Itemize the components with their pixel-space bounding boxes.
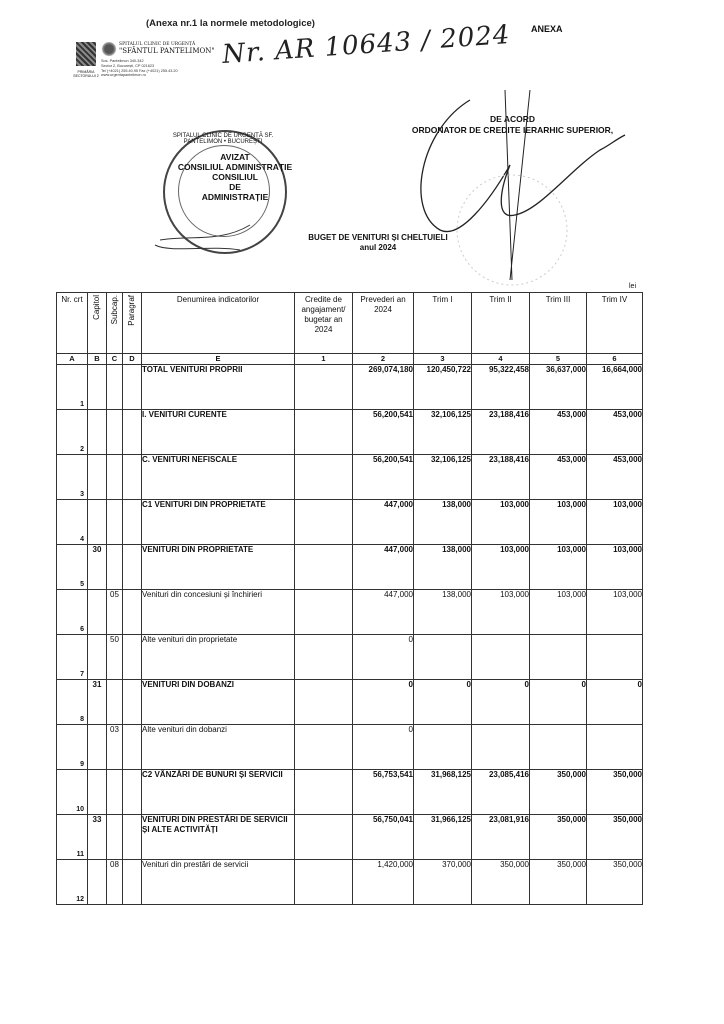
capitol-code xyxy=(88,635,107,680)
capitol-code xyxy=(88,770,107,815)
indicator-name: C2 VÂNZĂRI DE BUNURI ȘI SERVICII xyxy=(142,770,295,815)
paragraf-code xyxy=(123,365,142,410)
hospital-name-line2: "SFÂNTUL PANTELIMON" xyxy=(119,48,215,54)
budget-title-block: BUGET DE VENITURI ȘI CHELTUIELI anul 202… xyxy=(303,233,453,253)
indicator-name: C. VENITURI NEFISCALE xyxy=(142,455,295,500)
row-number: 8 xyxy=(57,680,88,725)
capitol-code: 30 xyxy=(88,545,107,590)
col-trim2: Trim II xyxy=(472,293,530,354)
subcap-code: 05 xyxy=(107,590,123,635)
row-number-label: 9 xyxy=(80,761,84,768)
prevederi-value: 447,000 xyxy=(353,545,414,590)
row-number: 3 xyxy=(57,455,88,500)
paragraf-code xyxy=(123,635,142,680)
trim1-value: 0 xyxy=(414,680,472,725)
trim4-value xyxy=(587,635,643,680)
prevederi-value: 447,000 xyxy=(353,500,414,545)
col-trim1: Trim I xyxy=(414,293,472,354)
credite-value xyxy=(295,635,353,680)
credite-value xyxy=(295,410,353,455)
table-row: 750Alte venituri din proprietate0 xyxy=(57,635,643,680)
paragraf-code xyxy=(123,500,142,545)
credite-value xyxy=(295,365,353,410)
row-number-label: 11 xyxy=(77,851,84,858)
trim1-value: 138,000 xyxy=(414,500,472,545)
stamp-line: AVIZAT xyxy=(160,152,310,162)
row-number: 10 xyxy=(57,770,88,815)
capitol-code: 33 xyxy=(88,815,107,860)
row-number-label: 12 xyxy=(76,896,84,903)
currency-unit: lei xyxy=(629,283,636,290)
trim2-value: 23,081,916 xyxy=(472,815,530,860)
row-number-label: 8 xyxy=(80,716,84,723)
hospital-address: Sos. Pantelimon 340-342 Sector 2, Bucure… xyxy=(101,59,178,78)
trim2-value: 103,000 xyxy=(472,545,530,590)
stamp-ring-text: SPITALUL CLINIC DE URGENȚĂ SF. PANTELIMO… xyxy=(166,133,280,145)
column-index: 5 xyxy=(530,354,587,365)
prevederi-value: 56,753,541 xyxy=(353,770,414,815)
row-number: 12 xyxy=(57,860,88,905)
prevederi-value: 1,420,000 xyxy=(353,860,414,905)
row-number: 1 xyxy=(57,365,88,410)
column-index: 1 xyxy=(295,354,353,365)
trim3-value: 453,000 xyxy=(530,410,587,455)
budget-title: BUGET DE VENITURI ȘI CHELTUIELI xyxy=(303,233,453,243)
credite-value xyxy=(295,500,353,545)
trim1-value: 138,000 xyxy=(414,590,472,635)
trim2-value: 103,000 xyxy=(472,590,530,635)
trim2-value: 350,000 xyxy=(472,860,530,905)
address-line: www.urgentapantelimon.ro xyxy=(101,73,178,78)
col-paragraf: Paragraf xyxy=(123,293,142,354)
paragraf-code xyxy=(123,590,142,635)
row-number-label: 6 xyxy=(80,626,84,633)
trim3-value: 36,637,000 xyxy=(530,365,587,410)
trim3-value: 350,000 xyxy=(530,860,587,905)
col-nr: Nr. crt xyxy=(57,293,88,354)
paragraf-code xyxy=(123,860,142,905)
trim3-value: 103,000 xyxy=(530,500,587,545)
stamp-text: AVIZAT CONSILIUL ADMINISTRAȚIE CONSILIUL… xyxy=(160,152,310,202)
col-denumire: Denumirea indicatorilor xyxy=(142,293,295,354)
trim2-value: 95,322,458 xyxy=(472,365,530,410)
indicator-name: VENITURI DIN DOBANZI xyxy=(142,680,295,725)
trim4-value: 350,000 xyxy=(587,770,643,815)
prevederi-value: 56,200,541 xyxy=(353,410,414,455)
paragraf-code xyxy=(123,680,142,725)
column-index: 3 xyxy=(414,354,472,365)
subcap-code xyxy=(107,770,123,815)
col-trim3: Trim III xyxy=(530,293,587,354)
trim4-value: 16,664,000 xyxy=(587,365,643,410)
trim4-value: 0 xyxy=(587,680,643,725)
trim1-value: 120,450,722 xyxy=(414,365,472,410)
table-row: 1TOTAL VENITURI PROPRII269,074,180120,45… xyxy=(57,365,643,410)
subcap-code: 08 xyxy=(107,860,123,905)
column-index: B xyxy=(88,354,107,365)
stamp-line: DE xyxy=(160,182,310,192)
budget-year: anul 2024 xyxy=(303,243,453,253)
capitol-code xyxy=(88,860,107,905)
table-row: 530VENITURI DIN PROPRIETATE447,000138,00… xyxy=(57,545,643,590)
trim3-value: 350,000 xyxy=(530,815,587,860)
col-trim4: Trim IV xyxy=(587,293,643,354)
paragraf-code xyxy=(123,410,142,455)
credite-value xyxy=(295,590,353,635)
stamp-line: CONSILIUL xyxy=(160,172,310,182)
trim1-value: 370,000 xyxy=(414,860,472,905)
subcap-code xyxy=(107,500,123,545)
subcap-code xyxy=(107,410,123,455)
budget-table: Nr. crt Capitol Subcap. Paragraf Denumir… xyxy=(56,292,643,905)
indicator-name: TOTAL VENITURI PROPRII xyxy=(142,365,295,410)
capitol-code: 31 xyxy=(88,680,107,725)
paragraf-code xyxy=(123,815,142,860)
col-capitol: Capitol xyxy=(88,293,107,354)
paragraf-code xyxy=(123,725,142,770)
indicator-name: Alte venituri din dobanzi xyxy=(142,725,295,770)
prevederi-value: 269,074,180 xyxy=(353,365,414,410)
indicator-name: VENITURI DIN PRESTĂRI DE SERVICII ȘI ALT… xyxy=(142,815,295,860)
row-number: 9 xyxy=(57,725,88,770)
annex-label: ANEXA xyxy=(531,24,563,34)
row-number: 6 xyxy=(57,590,88,635)
row-number-label: 10 xyxy=(76,806,84,813)
col-subcap: Subcap. xyxy=(107,293,123,354)
column-index: 2 xyxy=(353,354,414,365)
trim4-value: 103,000 xyxy=(587,545,643,590)
coat-of-arms-icon xyxy=(76,42,96,66)
column-index: A xyxy=(57,354,88,365)
row-number-label: 3 xyxy=(80,491,84,498)
trim2-value xyxy=(472,725,530,770)
row-number-label: 4 xyxy=(80,536,84,543)
stamp-line: CONSILIUL ADMINISTRAȚIE xyxy=(160,162,310,172)
col-prevederi: Prevederi an 2024 xyxy=(353,293,414,354)
subcap-code xyxy=(107,455,123,500)
paragraf-code xyxy=(123,545,142,590)
trim2-value: 103,000 xyxy=(472,500,530,545)
indicator-name: Venituri din concesiuni și închirieri xyxy=(142,590,295,635)
column-index: C xyxy=(107,354,123,365)
trim1-value xyxy=(414,635,472,680)
table-row: 2I. VENITURI CURENTE56,200,54132,106,125… xyxy=(57,410,643,455)
credite-value xyxy=(295,545,353,590)
trim3-value: 453,000 xyxy=(530,455,587,500)
row-number: 2 xyxy=(57,410,88,455)
row-number: 11 xyxy=(57,815,88,860)
subcap-code xyxy=(107,680,123,725)
column-index: 6 xyxy=(587,354,643,365)
subcap-code xyxy=(107,365,123,410)
stamp-signature-icon xyxy=(150,215,260,255)
crest-caption: PRIMĂRIA SECTORULUI 2 xyxy=(72,70,100,78)
trim1-value: 32,106,125 xyxy=(414,410,472,455)
trim2-value: 23,188,416 xyxy=(472,455,530,500)
hospital-logo-icon xyxy=(101,42,117,56)
table-row: 605Venituri din concesiuni și închirieri… xyxy=(57,590,643,635)
capitol-code xyxy=(88,365,107,410)
trim4-value xyxy=(587,725,643,770)
capitol-code xyxy=(88,455,107,500)
prevederi-value: 56,200,541 xyxy=(353,455,414,500)
indicator-name: Alte venituri din proprietate xyxy=(142,635,295,680)
prevederi-value: 447,000 xyxy=(353,590,414,635)
hospital-name: SPITALUL CLINIC DE URGENȚĂ "SFÂNTUL PANT… xyxy=(119,42,215,54)
subcap-code xyxy=(107,815,123,860)
column-index: E xyxy=(142,354,295,365)
signature-icon xyxy=(400,90,630,290)
trim1-value: 31,968,125 xyxy=(414,770,472,815)
credite-value xyxy=(295,725,353,770)
trim3-value xyxy=(530,725,587,770)
trim4-value: 103,000 xyxy=(587,500,643,545)
trim1-value: 32,106,125 xyxy=(414,455,472,500)
trim3-value: 103,000 xyxy=(530,545,587,590)
credite-value xyxy=(295,770,353,815)
prevederi-value: 56,750,041 xyxy=(353,815,414,860)
indicator-name: I. VENITURI CURENTE xyxy=(142,410,295,455)
trim2-value: 0 xyxy=(472,680,530,725)
credite-value xyxy=(295,455,353,500)
capitol-code xyxy=(88,410,107,455)
trim3-value: 103,000 xyxy=(530,590,587,635)
subcap-code: 50 xyxy=(107,635,123,680)
credite-value xyxy=(295,815,353,860)
trim2-value: 23,188,416 xyxy=(472,410,530,455)
row-number: 7 xyxy=(57,635,88,680)
trim3-value: 350,000 xyxy=(530,770,587,815)
col-credite: Credite de angajament/ bugetar an 2024 xyxy=(295,293,353,354)
subcap-code: 03 xyxy=(107,725,123,770)
credite-value xyxy=(295,860,353,905)
indicator-name: Venituri din prestări de servicii xyxy=(142,860,295,905)
trim1-value xyxy=(414,725,472,770)
capitol-code xyxy=(88,500,107,545)
table-row: 3C. VENITURI NEFISCALE56,200,54132,106,1… xyxy=(57,455,643,500)
trim4-value: 453,000 xyxy=(587,410,643,455)
table-row: 1133VENITURI DIN PRESTĂRI DE SERVICII ȘI… xyxy=(57,815,643,860)
trim3-value: 0 xyxy=(530,680,587,725)
trim1-value: 31,966,125 xyxy=(414,815,472,860)
table-row: 10C2 VÂNZĂRI DE BUNURI ȘI SERVICII56,753… xyxy=(57,770,643,815)
prevederi-value: 0 xyxy=(353,635,414,680)
credite-value xyxy=(295,680,353,725)
capitol-code xyxy=(88,725,107,770)
trim4-value: 453,000 xyxy=(587,455,643,500)
row-number-label: 1 xyxy=(80,401,84,408)
table-row: 831VENITURI DIN DOBANZI00000 xyxy=(57,680,643,725)
trim1-value: 138,000 xyxy=(414,545,472,590)
subcap-code xyxy=(107,545,123,590)
annex-note: (Anexa nr.1 la normele metodologice) xyxy=(146,18,315,29)
table-row: 4C1 VENITURI DIN PROPRIETATE447,000138,0… xyxy=(57,500,643,545)
table-row: 1208Venituri din prestări de servicii1,4… xyxy=(57,860,643,905)
row-number: 4 xyxy=(57,500,88,545)
table-header-row: Nr. crt Capitol Subcap. Paragraf Denumir… xyxy=(57,293,643,354)
trim2-value: 23,085,416 xyxy=(472,770,530,815)
trim2-value xyxy=(472,635,530,680)
row-number-label: 5 xyxy=(80,581,84,588)
row-number-label: 7 xyxy=(80,671,84,678)
trim3-value xyxy=(530,635,587,680)
trim4-value: 350,000 xyxy=(587,815,643,860)
prevederi-value: 0 xyxy=(353,680,414,725)
column-index-row: ABCDE123456 xyxy=(57,354,643,365)
stamp-line: ADMINISTRAȚIE xyxy=(160,192,310,202)
capitol-code xyxy=(88,590,107,635)
indicator-name: C1 VENITURI DIN PROPRIETATE xyxy=(142,500,295,545)
indicator-name: VENITURI DIN PROPRIETATE xyxy=(142,545,295,590)
trim4-value: 350,000 xyxy=(587,860,643,905)
prevederi-value: 0 xyxy=(353,725,414,770)
row-number: 5 xyxy=(57,545,88,590)
paragraf-code xyxy=(123,770,142,815)
paragraf-code xyxy=(123,455,142,500)
trim4-value: 103,000 xyxy=(587,590,643,635)
column-index: 4 xyxy=(472,354,530,365)
row-number-label: 2 xyxy=(80,446,84,453)
table-row: 903Alte venituri din dobanzi0 xyxy=(57,725,643,770)
column-index: D xyxy=(123,354,142,365)
